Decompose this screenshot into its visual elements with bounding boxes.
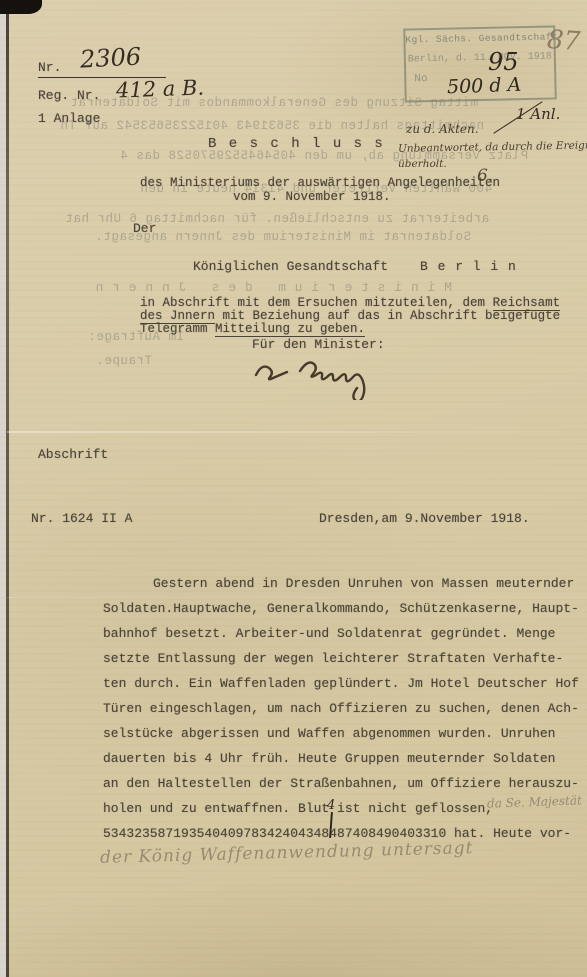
- anlage-note: 1 Anl.: [516, 105, 560, 123]
- minister-signature: [248, 345, 418, 400]
- request-text: Telegramm: [140, 322, 215, 336]
- page-edge-line: [6, 0, 9, 977]
- akten-note: zu d. Akten.: [406, 122, 479, 136]
- decree-title: B e s c h l u s s: [208, 136, 385, 152]
- body-line: dauerten bis 4 Uhr früh. Heute Gruppen m…: [103, 746, 573, 771]
- stamp-date-line: Berlin, d. 11. NOV. 1918: [406, 51, 554, 65]
- document-scan: mittag Sitzung des Generalkommandos mit …: [0, 0, 587, 977]
- addressee-city: B e r l i n: [420, 259, 517, 274]
- remark-line-1: Unbeantwortet, da durch die Ereignisse: [398, 139, 587, 155]
- fold-crease: [7, 431, 587, 433]
- body-line: Türen eingeschlagen, um nach Offizieren …: [103, 696, 573, 721]
- nr-value-handwritten: 2306: [79, 42, 141, 73]
- addressee-name: Königlichen Gesandtschaft: [193, 259, 388, 274]
- decree-subtitle: des Ministeriums der auswärtigen Angeleg…: [140, 176, 500, 190]
- request-text: in Abschrift mit dem Ersuchen mitzuteile…: [140, 296, 493, 310]
- request-line-1: in Abschrift mit dem Ersuchen mitzuteile…: [140, 296, 560, 310]
- body-line: setzte Entlassung der wegen leichterer S…: [103, 646, 573, 671]
- body-line: bahnhof besetzt. Arbeiter-und Soldatenra…: [103, 621, 573, 646]
- anlage-line: 1 Anlage: [38, 111, 100, 126]
- request-line-2: des Jnnern mit Beziehung auf das in Absc…: [140, 309, 560, 323]
- body-line: ten durch. Ein Waffenladen geplündert. J…: [103, 671, 573, 696]
- remark-line-2: überholt.: [398, 158, 447, 170]
- body-line: an den Haltestellen der Straßenbahnen, u…: [103, 771, 573, 796]
- abschrift-label: Abschrift: [38, 447, 108, 462]
- nr-label: Nr.: [38, 60, 61, 75]
- stamp-office-line: Kgl. Sächs. Gesandtschaft: [405, 31, 553, 45]
- reg-nr-value-handwritten: 412 a B.: [116, 75, 205, 102]
- decree-date: vom 9. November 1918.: [233, 190, 391, 204]
- ghost-text-line: M i n i s t e r i u m d e s J n n e r n: [95, 280, 452, 295]
- body-line: selstücke abgerissen und Waffen abgenomm…: [103, 721, 573, 746]
- stamp-overwrite-number: 95: [488, 48, 519, 76]
- body-line: Gestern abend in Dresden Unruhen von Mas…: [103, 571, 573, 596]
- request-text: mit Beziehung auf das in Abschrift beige…: [215, 309, 560, 323]
- insertion-digit: 4: [327, 798, 335, 813]
- body-line: Soldaten.Hauptwache, Generalkommando, Sc…: [103, 596, 573, 621]
- request-line-3: Telegramm Mitteilung zu geben.: [140, 322, 365, 336]
- ghost-text-line: Traupe.: [96, 354, 152, 368]
- request-underlined: Mitteilung zu geben.: [215, 322, 365, 337]
- stamp-registry-number: 500 d A: [447, 74, 522, 99]
- copy-number: Nr. 1624 II A: [31, 511, 132, 526]
- reg-nr-label: Reg. Nr.: [38, 88, 100, 103]
- decree-der: Der: [133, 221, 156, 236]
- ghost-text-line: arbeiterrat zu entschließen. für nachmit…: [65, 212, 489, 226]
- corner-shadow: [0, 0, 42, 14]
- copy-dateline: Dresden,am 9.November 1918.: [319, 511, 530, 526]
